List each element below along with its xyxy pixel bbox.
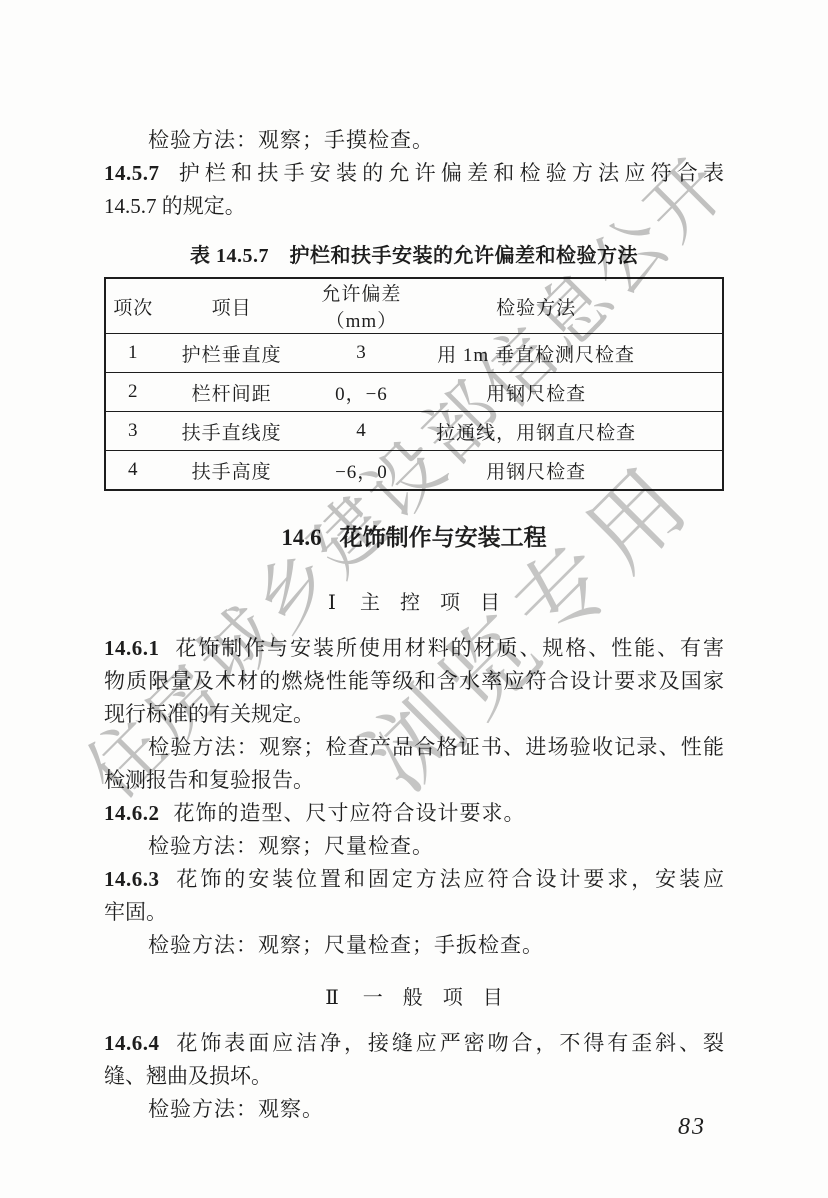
clause-number: 14.6.1 [104,636,160,660]
clause-14-6-1: 14.6.1花饰制作与安装所使用材料的材质、规格、性能、有害 物质限量及木材的燃… [104,632,724,731]
table-cell: 拉通线，用钢直尺检查 [420,412,723,451]
clause-text: 花饰的造型、尺寸应符合设计要求。 [174,801,526,825]
clause-14-5-7: 14.5.7护栏和扶手安装的允许偏差和检验方法应符合表 14.5.7 的规定。 [104,157,724,223]
method-paragraph-14-6-1: 检验方法：观察；检查产品合格证书、进场验收记录、性能 检测报告和复验报告。 [104,731,724,797]
table-cell: 扶手直线度 [161,412,303,451]
document-page: 检验方法：观察；手摸检查。 14.5.7护栏和扶手安装的允许偏差和检验方法应符合… [0,0,828,1198]
table-cell: 3 [303,334,420,373]
table-row: 4 扶手高度 −6，0 用钢尺检查 [105,451,723,491]
clause-text: 护栏和扶手安装的允许偏差和检验方法应符合表 [174,161,725,185]
clause-text: 花饰的安装位置和固定方法应符合设计要求，安装应 [174,867,725,891]
clause-line: 14.6.1花饰制作与安装所使用材料的材质、规格、性能、有害 [104,632,724,665]
subsection-heading-master-items: Ⅰ主控项目 [104,587,724,620]
method-paragraph-14-6-2: 检验方法：观察；尺量检查。 [104,830,724,863]
clause-line: 物质限量及木材的燃烧性能等级和含水率应符合设计要求及国家 [104,665,724,698]
section-title: 花饰制作与安装工程 [340,525,547,550]
deviation-table: 项次 项目 允许偏差（mm） 检验方法 1 护栏垂直度 3 用 1m 垂直检测尺… [104,277,724,491]
method-paragraph-14-6-3: 检验方法：观察；尺量检查；手扳检查。 [104,929,724,962]
table-cell: −6，0 [303,451,420,491]
subsection-heading-general-items: Ⅱ一般项目 [104,982,724,1015]
clause-text: 花饰表面应洁净，接缝应严密吻合，不得有歪斜、裂 [174,1031,725,1055]
table-cell: 1 [105,334,161,373]
clause-14-6-3: 14.6.3花饰的安装位置和固定方法应符合设计要求，安装应 牢固。 [104,863,724,929]
table-cell: 栏杆间距 [161,373,303,412]
clause-line: 现行标准的有关规定。 [104,698,724,731]
clause-14-6-2: 14.6.2花饰的造型、尺寸应符合设计要求。 [104,797,724,830]
header-item: 项目 [161,278,303,334]
clause-line: 14.6.3花饰的安装位置和固定方法应符合设计要求，安装应 [104,863,724,896]
table-cell: 0，−6 [303,373,420,412]
table-cell: 3 [105,412,161,451]
method-text: 检验方法：观察。 [104,1093,724,1126]
clause-line: 14.5.7 的规定。 [104,190,724,223]
clause-line: 14.5.7护栏和扶手安装的允许偏差和检验方法应符合表 [104,157,724,190]
clause-number: 14.6.3 [104,867,160,891]
method-text: 检验方法：观察；手摸检查。 [104,124,724,157]
table-cell: 护栏垂直度 [161,334,303,373]
roman-numeral: Ⅰ [328,592,336,614]
header-inspection-method: 检验方法 [420,278,723,334]
clause-number: 14.6.2 [104,801,160,825]
table-header-row: 项次 项目 允许偏差（mm） 检验方法 [105,278,723,334]
clause-14-6-4: 14.6.4花饰表面应洁净，接缝应严密吻合，不得有歪斜、裂 缝、翘曲及损坏。 [104,1027,724,1093]
method-paragraph-14-6-4: 检验方法：观察。 [104,1093,724,1126]
method-text: 检验方法：观察；尺量检查。 [104,830,724,863]
table-row: 2 栏杆间距 0，−6 用钢尺检查 [105,373,723,412]
method-text: 检测报告和复验报告。 [104,764,724,797]
header-allowed-deviation: 允许偏差（mm） [303,278,420,334]
table-cell: 4 [303,412,420,451]
table-caption: 表 14.5.7 护栏和扶手安装的允许偏差和检验方法 [104,243,724,269]
table-cell: 4 [105,451,161,491]
table-row: 1 护栏垂直度 3 用 1m 垂直检测尺检查 [105,334,723,373]
clause-line: 缝、翘曲及损坏。 [104,1060,724,1093]
table-cell: 用钢尺检查 [420,451,723,491]
table-cell: 用钢尺检查 [420,373,723,412]
table-cell: 扶手高度 [161,451,303,491]
header-item-no: 项次 [105,278,161,334]
clause-text: 花饰制作与安装所使用材料的材质、规格、性能、有害 [174,636,725,660]
table-row: 3 扶手直线度 4 拉通线，用钢直尺检查 [105,412,723,451]
roman-numeral: Ⅱ [325,987,339,1009]
section-number: 14.6 [281,525,321,550]
method-text: 检验方法：观察；检查产品合格证书、进场验收记录、性能 [104,731,724,764]
method-text: 检验方法：观察；尺量检查；手扳检查。 [104,929,724,962]
subsection-title: 主控项目 [360,592,520,614]
table-cell: 用 1m 垂直检测尺检查 [420,334,723,373]
page-content: 检验方法：观察；手摸检查。 14.5.7护栏和扶手安装的允许偏差和检验方法应符合… [104,0,724,1126]
clause-number: 14.6.4 [104,1031,160,1055]
clause-number: 14.5.7 [104,161,160,185]
clause-line: 14.6.4花饰表面应洁净，接缝应严密吻合，不得有歪斜、裂 [104,1027,724,1060]
subsection-title: 一般项目 [363,987,523,1009]
method-paragraph-14-5-6: 检验方法：观察；手摸检查。 [104,124,724,157]
page-number: 83 [678,1114,706,1141]
clause-line: 牢固。 [104,896,724,929]
section-heading-14-6: 14.6花饰制作与安装工程 [104,523,724,553]
clause-line: 14.6.2花饰的造型、尺寸应符合设计要求。 [104,797,724,830]
table-cell: 2 [105,373,161,412]
